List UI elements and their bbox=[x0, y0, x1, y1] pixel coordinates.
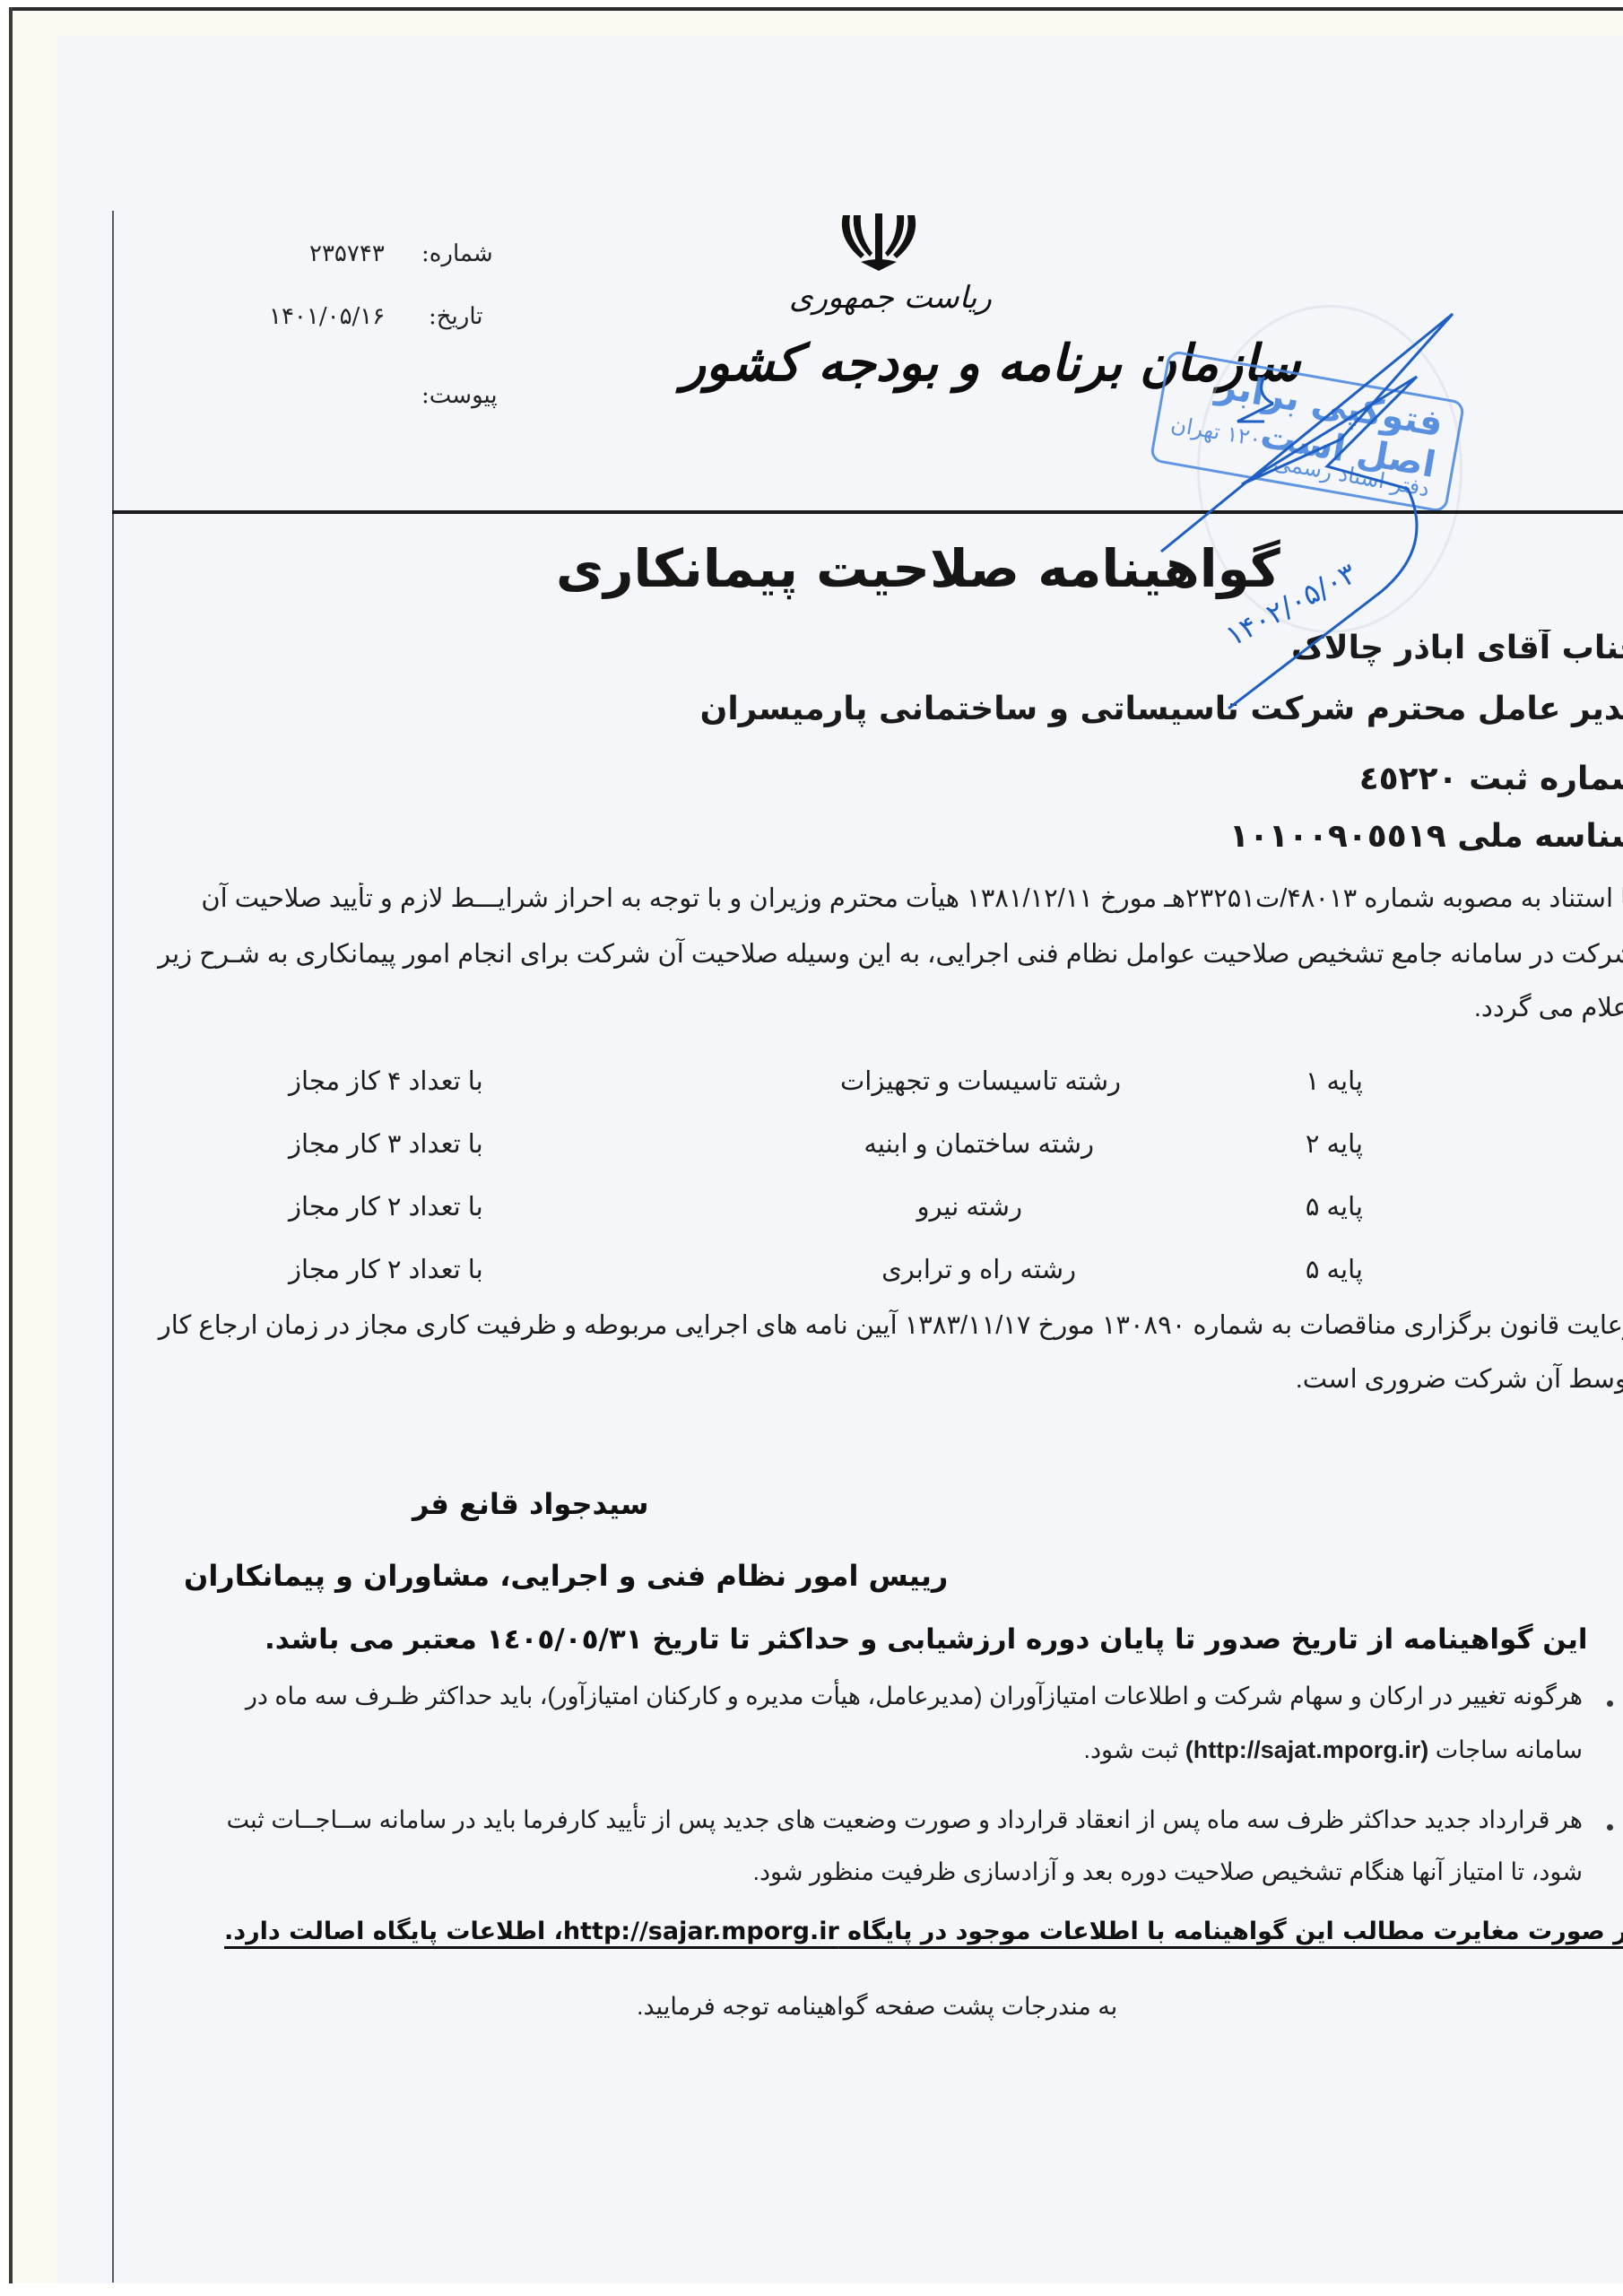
number-label: شماره: bbox=[421, 240, 493, 267]
capacity-cell: با تعداد ۳ کار مجاز bbox=[289, 1128, 483, 1160]
para2-line2-wrap: توسط آن شرکت ضروری است. bbox=[1085, 1363, 1623, 1403]
para1-line2-wrap: شرکت در سامانه جامع تشخیص صلاحیت عوامل ن… bbox=[99, 938, 1623, 978]
validity-statement: این گواهینامه از تاریخ صدور تا پایان دور… bbox=[265, 1623, 1587, 1656]
recipient-line-3-wrap: شماره ثبت ٤٥٢٢٠ bbox=[726, 761, 1623, 814]
grade-cell: پایه ۵ bbox=[1306, 1254, 1363, 1285]
bullet-icon bbox=[1607, 1824, 1613, 1831]
national-id: شناسه ملی ١٠١٠٠٩٠٥٥١٩ bbox=[1229, 818, 1623, 855]
org-subtitle: ریاست جمهوری bbox=[789, 280, 992, 316]
para1-line3-wrap: اعلام می گردد. bbox=[1264, 992, 1623, 1031]
capacity-cell: با تعداد ۴ کاز مجاز bbox=[289, 1065, 483, 1097]
body-paragraph-1-line-2: شرکت در سامانه جامع تشخیص صلاحیت عوامل ن… bbox=[158, 938, 1623, 970]
attachment-label: پیوست: bbox=[421, 382, 498, 409]
body-paragraph-1-line-1: با استناد به مصوبه شماره ۴۸۰۱۳/ت۲۳۲۵۱هـ … bbox=[201, 883, 1623, 914]
field-cell: رشته تاسیسات و تجهیزات bbox=[840, 1065, 1121, 1097]
bullet-icon bbox=[1607, 1700, 1613, 1707]
grade-cell: پایه ۱ bbox=[1306, 1065, 1363, 1097]
para2-line1-wrap: رعایت قانون برگزاری مناقصات به شماره ۱۳۰… bbox=[117, 1309, 1623, 1349]
date-label: تاریخ: bbox=[429, 303, 483, 330]
qualification-row: پایه ۱ رشته تاسیسات و تجهیزات با تعداد ۴… bbox=[0, 1065, 1623, 1110]
note-1-suffix: ثبت شود. bbox=[1083, 1736, 1178, 1763]
sajat-url-link[interactable]: (http://sajat.mporg.ir) bbox=[1185, 1736, 1429, 1763]
grade-cell: پایه ۲ bbox=[1306, 1128, 1363, 1160]
recipient-title: مدیر عامل محترم شرکت تاسیساتی و ساختمانی… bbox=[700, 691, 1623, 727]
qualification-row: پایه ۵ رشته نیرو با تعداد ۲ کار مجاز bbox=[0, 1191, 1623, 1236]
recipient-line-1-wrap: جناب آقای اباذر چالاک bbox=[547, 630, 1623, 683]
field-cell: رشته راه و ترابری bbox=[881, 1254, 1076, 1285]
qualification-row: پایه ۲ رشته ساختمان و ابنیه با تعداد ۳ ک… bbox=[0, 1128, 1623, 1173]
document-title: گواهینامه صلاحیت پیمانکاری bbox=[556, 538, 1280, 599]
note-2-line-2: شود، تا امتیاز آنها هنگام تشخیص صلاحیت د… bbox=[752, 1858, 1583, 1886]
recipient-name: جناب آقای اباذر چالاک bbox=[1291, 630, 1623, 666]
qualification-row: پایه ۵ رشته راه و ترابری با تعداد ۲ کار … bbox=[0, 1254, 1623, 1299]
iran-emblem-icon bbox=[834, 212, 924, 273]
recipient-line-4-wrap: شناسه ملی ١٠١٠٠٩٠٥٥١٩ bbox=[726, 818, 1623, 872]
authenticity-warning: در صورت مغایرت مطالب این گواهینامه با اط… bbox=[224, 1918, 1623, 1945]
header-divider bbox=[112, 510, 1623, 514]
note-1-prefix: سامانه ساجات bbox=[1436, 1736, 1583, 1763]
date-value: ۱۴۰۱/۰۵/۱۶ bbox=[269, 303, 385, 330]
note-2-line-1: هر قرارداد جدید حداکثر ظرف سه ماه پس از … bbox=[227, 1806, 1583, 1834]
para1-line1-wrap: با استناد به مصوبه شماره ۴۸۰۱۳/ت۲۳۲۵۱هـ … bbox=[99, 883, 1623, 922]
scan-background-top bbox=[13, 11, 1623, 36]
body-paragraph-2-line-2: توسط آن شرکت ضروری است. bbox=[1296, 1363, 1623, 1395]
signatory-position: رییس امور نظام فنی و اجرایی، مشاوران و پ… bbox=[184, 1559, 948, 1593]
note-1-line-1: هرگونه تغییر در ارکان و سهام شرکت و اطلا… bbox=[246, 1683, 1583, 1710]
margin-rule bbox=[112, 211, 114, 2283]
capacity-cell: با تعداد ۲ کار مجاز bbox=[289, 1254, 483, 1285]
grade-cell: پایه ۵ bbox=[1306, 1191, 1363, 1222]
field-cell: رشته نیرو bbox=[917, 1191, 1023, 1222]
number-value: ۲۳۵۷۴۳ bbox=[309, 240, 385, 267]
signatory-name: سیدجواد قانع فر bbox=[412, 1487, 649, 1521]
capacity-cell: با تعداد ۲ کار مجاز bbox=[289, 1191, 483, 1222]
note-1-line-2: سامانه ساجات (http://sajat.mporg.ir) ثبت… bbox=[1083, 1736, 1583, 1764]
field-cell: رشته ساختمان و ابنیه bbox=[864, 1128, 1094, 1160]
registration-number: شماره ثبت ٤٥٢٢٠ bbox=[1359, 761, 1623, 797]
body-paragraph-1-line-3: اعلام می گردد. bbox=[1474, 992, 1623, 1023]
body-paragraph-2-line-1: رعایت قانون برگزاری مناقصات به شماره ۱۳۰… bbox=[159, 1309, 1623, 1341]
recipient-line-2-wrap: مدیر عامل محترم شرکت تاسیساتی و ساختمانی… bbox=[368, 691, 1623, 748]
back-page-note: به مندرجات پشت صفحه گواهینامه توجه فرمای… bbox=[637, 1993, 1117, 2021]
